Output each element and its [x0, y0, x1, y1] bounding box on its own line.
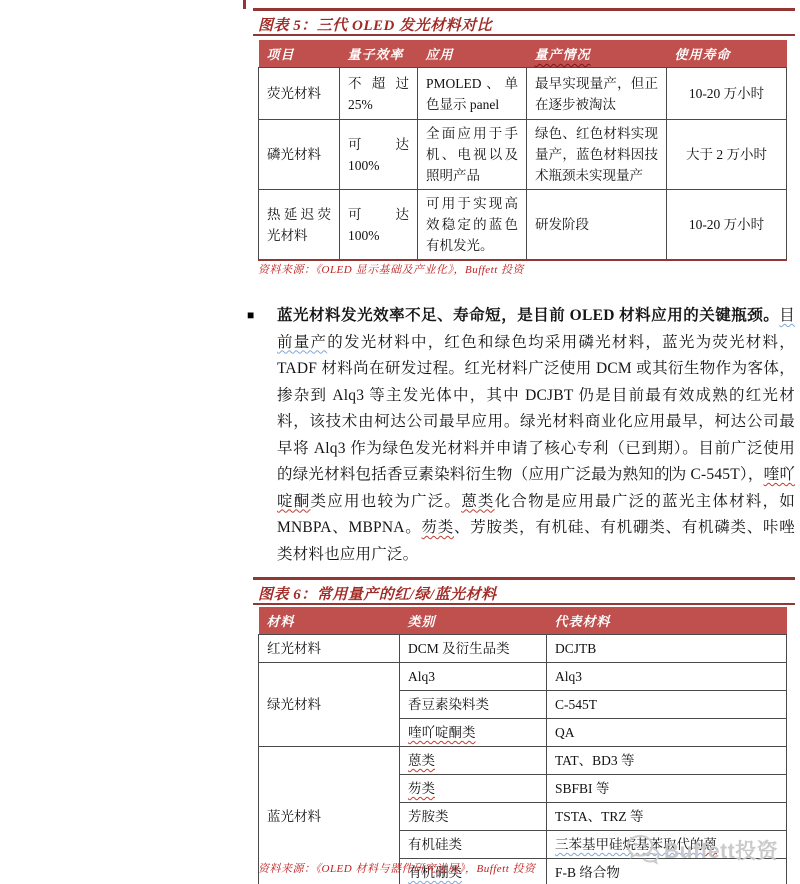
- cell-category: 香豆素染料类: [400, 691, 547, 719]
- cell-efficiency: 不超过 25%: [340, 68, 418, 120]
- cell-representative: TSTA、TRZ 等: [547, 803, 787, 831]
- cell-lifetime: 10-20 万小时: [667, 190, 787, 261]
- cell-representative: QA: [547, 719, 787, 747]
- top-left-red-tick: [243, 0, 246, 9]
- table-row: 荧光材料 不超过 25% PMOLED、单色显示 panel 最早实现量产，但正…: [259, 68, 787, 120]
- cell-application: 可用于实现高效稳定的蓝色有机发光。: [418, 190, 527, 261]
- col-header-efficiency: 量子效率: [340, 40, 418, 68]
- cell-category-spellchecked: 芴类: [408, 781, 435, 796]
- cell-category: DCM 及衍生品类: [400, 635, 547, 663]
- figure5-table: 项目 量子效率 应用 量产情况 使用寿命 荧光材料 不超过 25% PMOLED…: [258, 40, 787, 261]
- cell-category: 芳胺类: [400, 803, 547, 831]
- cell-item: 荧光材料: [259, 68, 340, 120]
- table-row: 热延迟荧光材料 可达 100% 可用于实现高效稳定的蓝色有机发光。 研发阶段 1…: [259, 190, 787, 261]
- cell-item: 磷光材料: [259, 120, 340, 190]
- cell-material-red: 红光材料: [259, 635, 400, 663]
- col-header-lifetime: 使用寿命: [667, 40, 787, 68]
- cell-efficiency: 可达 100%: [340, 120, 418, 190]
- figure5-source: 资料来源：《OLED 显示基础及产业化》，Buffett 投资: [258, 261, 524, 277]
- bullet-square: ■: [247, 308, 254, 323]
- paragraph-run-spellcheck-red: 蒽类: [461, 493, 495, 510]
- figure6-table: 材料 类别 代表材料 红光材料 DCM 及衍生品类 DCJTB 绿光材料 Alq…: [258, 607, 787, 884]
- cell-item: 热延迟荧光材料: [259, 190, 340, 261]
- cell-lifetime: 10-20 万小时: [667, 68, 787, 120]
- cell-representative: C-545T: [547, 691, 787, 719]
- figure6-title: 图表 6：常用量产的红/绿/蓝光材料: [258, 583, 497, 604]
- cell-representative: DCJTB: [547, 635, 787, 663]
- figure6-title-underline: [253, 603, 795, 605]
- col-header-category: 类别: [400, 607, 547, 635]
- cell-category: Alq3: [400, 663, 547, 691]
- report-page: 图表 5：三代 OLED 发光材料对比 项目 量子效率 应用 量产情况 使用寿命…: [0, 0, 800, 884]
- cell-representative: 三苯基甲硅烷基苯取代的蒽: [547, 831, 787, 859]
- cell-application: 全面应用于手机、电视以及照明产品: [418, 120, 527, 190]
- table-row: 红光材料 DCM 及衍生品类 DCJTB: [259, 635, 787, 663]
- cell-category: 蒽类: [400, 747, 547, 775]
- cell-efficiency: 可达 100%: [340, 190, 418, 261]
- paragraph-run: 类应用也较为广泛。: [311, 493, 462, 510]
- paragraph-run: 为 C-545T），: [671, 466, 764, 483]
- body-paragraph: 蓝光材料发光效率不足、寿命短，是目前 OLED 材料应用的关键瓶颈。目前量产的发…: [277, 303, 795, 568]
- figure6-top-rule: [253, 577, 795, 580]
- table-row: 绿光材料 Alq3 Alq3: [259, 663, 787, 691]
- paragraph-lead-bold: 蓝光材料发光效率不足、寿命短，是目前 OLED 材料应用的关键瓶颈。: [277, 307, 779, 324]
- table-row: 磷光材料 可达 100% 全面应用于手机、电视以及照明产品 绿色、红色材料实现量…: [259, 120, 787, 190]
- table-header-row: 项目 量子效率 应用 量产情况 使用寿命: [259, 40, 787, 68]
- paragraph-run: 的发光材料中，红色和绿色均采用磷光材料，蓝光为荧光材料，TADF 材料尚在研发过…: [277, 334, 795, 484]
- col-header-item: 项目: [259, 40, 340, 68]
- cell-representative: F-B 络合物: [547, 859, 787, 884]
- cell-representative: TAT、BD3 等: [547, 747, 787, 775]
- col-header-representative: 代表材料: [547, 607, 787, 635]
- cell-material-green: 绿光材料: [259, 663, 400, 747]
- cell-category: 喹吖啶酮类: [400, 719, 547, 747]
- cell-category: 芴类: [400, 775, 547, 803]
- cell-application: PMOLED、单色显示 panel: [418, 68, 527, 120]
- figure5-top-rule: [253, 8, 795, 11]
- table-row: 蓝光材料 蒽类 TAT、BD3 等: [259, 747, 787, 775]
- representative-run-spellcheck-blue: 三苯基甲硅烷基苯取代的: [555, 837, 704, 852]
- cell-production: 研发阶段: [527, 190, 667, 261]
- cell-production: 绿色、红色材料实现量产，蓝色材料因技术瓶颈未实现量产: [527, 120, 667, 190]
- figure5-title: 图表 5：三代 OLED 发光材料对比: [258, 14, 492, 35]
- col-header-production-label: 量产情况: [535, 47, 591, 62]
- figure5-title-underline: [253, 34, 795, 36]
- cell-lifetime: 大于 2 万小时: [667, 120, 787, 190]
- cell-production: 最早实现量产，但正在逐步被淘汰: [527, 68, 667, 120]
- col-header-production: 量产情况: [527, 40, 667, 68]
- cell-representative: Alq3: [547, 663, 787, 691]
- cell-category-spellchecked: 喹吖啶酮类: [408, 725, 476, 740]
- figure6-source: 资料来源：《OLED 材料与器件研究进展》，Buffett 投资: [258, 860, 536, 876]
- representative-run-spellcheck-red: 蒽: [704, 837, 718, 852]
- cell-category: 有机硅类: [400, 831, 547, 859]
- col-header-material: 材料: [259, 607, 400, 635]
- cell-category-spellchecked: 蒽类: [408, 753, 435, 768]
- table-header-row: 材料 类别 代表材料: [259, 607, 787, 635]
- paragraph-run-spellcheck-red: 芴类: [422, 519, 455, 536]
- cell-representative: SBFBI 等: [547, 775, 787, 803]
- col-header-application: 应用: [418, 40, 527, 68]
